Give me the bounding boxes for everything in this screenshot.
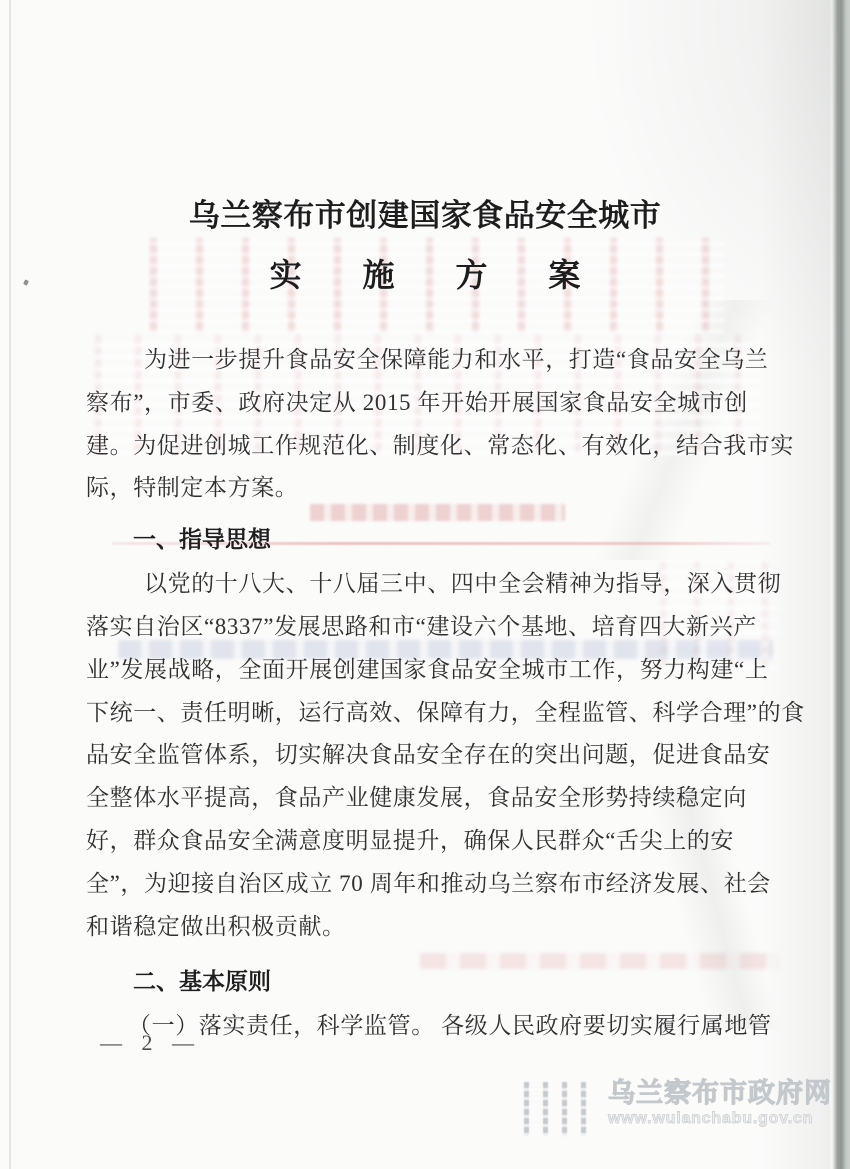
body-line: 落实自治区“8337”发展思路和市“建设六个基地、培育四大新兴产: [86, 606, 792, 649]
document-title-line2: 实 施 方 案: [0, 250, 850, 296]
body-line: 际，特制定本方案。: [86, 467, 792, 510]
watermark-text: 乌兰察布市政府网 www.wulanchabu.gov.cn: [608, 1080, 832, 1128]
government-watermark: 乌兰察布市政府网 www.wulanchabu.gov.cn: [524, 1080, 832, 1136]
body-line: 品安全监管体系，切实解决食品安全存在的突出问题，促进食品安: [86, 734, 792, 777]
body-line: 以党的十八大、十八届三中、四中全会精神为指导，深入贯彻: [86, 563, 792, 606]
watermark-site-name: 乌兰察布市政府网: [608, 1080, 832, 1107]
scanned-document-page: 乌兰察布市创建国家食品安全城市 实 施 方 案 为进一步提升食品安全保障能力和水…: [0, 0, 850, 1169]
document-title-line1: 乌兰察布市创建国家食品安全城市: [0, 190, 850, 235]
section-1-heading: 一、指导思想: [86, 510, 792, 563]
page-number: — 2 —: [100, 1030, 201, 1056]
body-line: 全”，为迎接自治区成立 70 周年和推动乌兰察布市经济发展、社会: [86, 863, 792, 906]
body-line: 和谐稳定做出积极贡献。: [86, 906, 792, 949]
body-line: 为进一步提升食品安全保障能力和水平，打造“食品安全乌兰: [86, 339, 792, 382]
body-line: 全整体水平提高，食品产业健康发展，食品安全形势持续稳定向: [86, 777, 792, 820]
mongolian-script-watermark-icon: [524, 1082, 598, 1136]
body-line: 下统一、责任明晰，运行高效、保障有力，全程监管、科学合理”的食: [86, 692, 792, 735]
document-body: 为进一步提升食品安全保障能力和水平，打造“食品安全乌兰 察布”，市委、政府决定从…: [86, 339, 792, 1048]
body-line: 业”发展战略，全面开展创建国家食品安全城市工作，努力构建“上: [86, 649, 792, 692]
watermark-site-url: www.wulanchabu.gov.cn: [608, 1110, 832, 1128]
page-right-edge: [828, 0, 850, 1169]
body-line: 好，群众食品安全满意度明显提升，确保人民群众“舌尖上的安: [86, 820, 792, 863]
body-line: 建。为促进创城工作规范化、制度化、常态化、有效化，结合我市实: [86, 425, 792, 468]
page-left-edge-line: [9, 0, 11, 1169]
section-2-heading: 二、基本原则: [86, 948, 792, 1005]
body-line: 察布”，市委、政府决定从 2015 年开始开展国家食品安全城市创: [86, 382, 792, 425]
